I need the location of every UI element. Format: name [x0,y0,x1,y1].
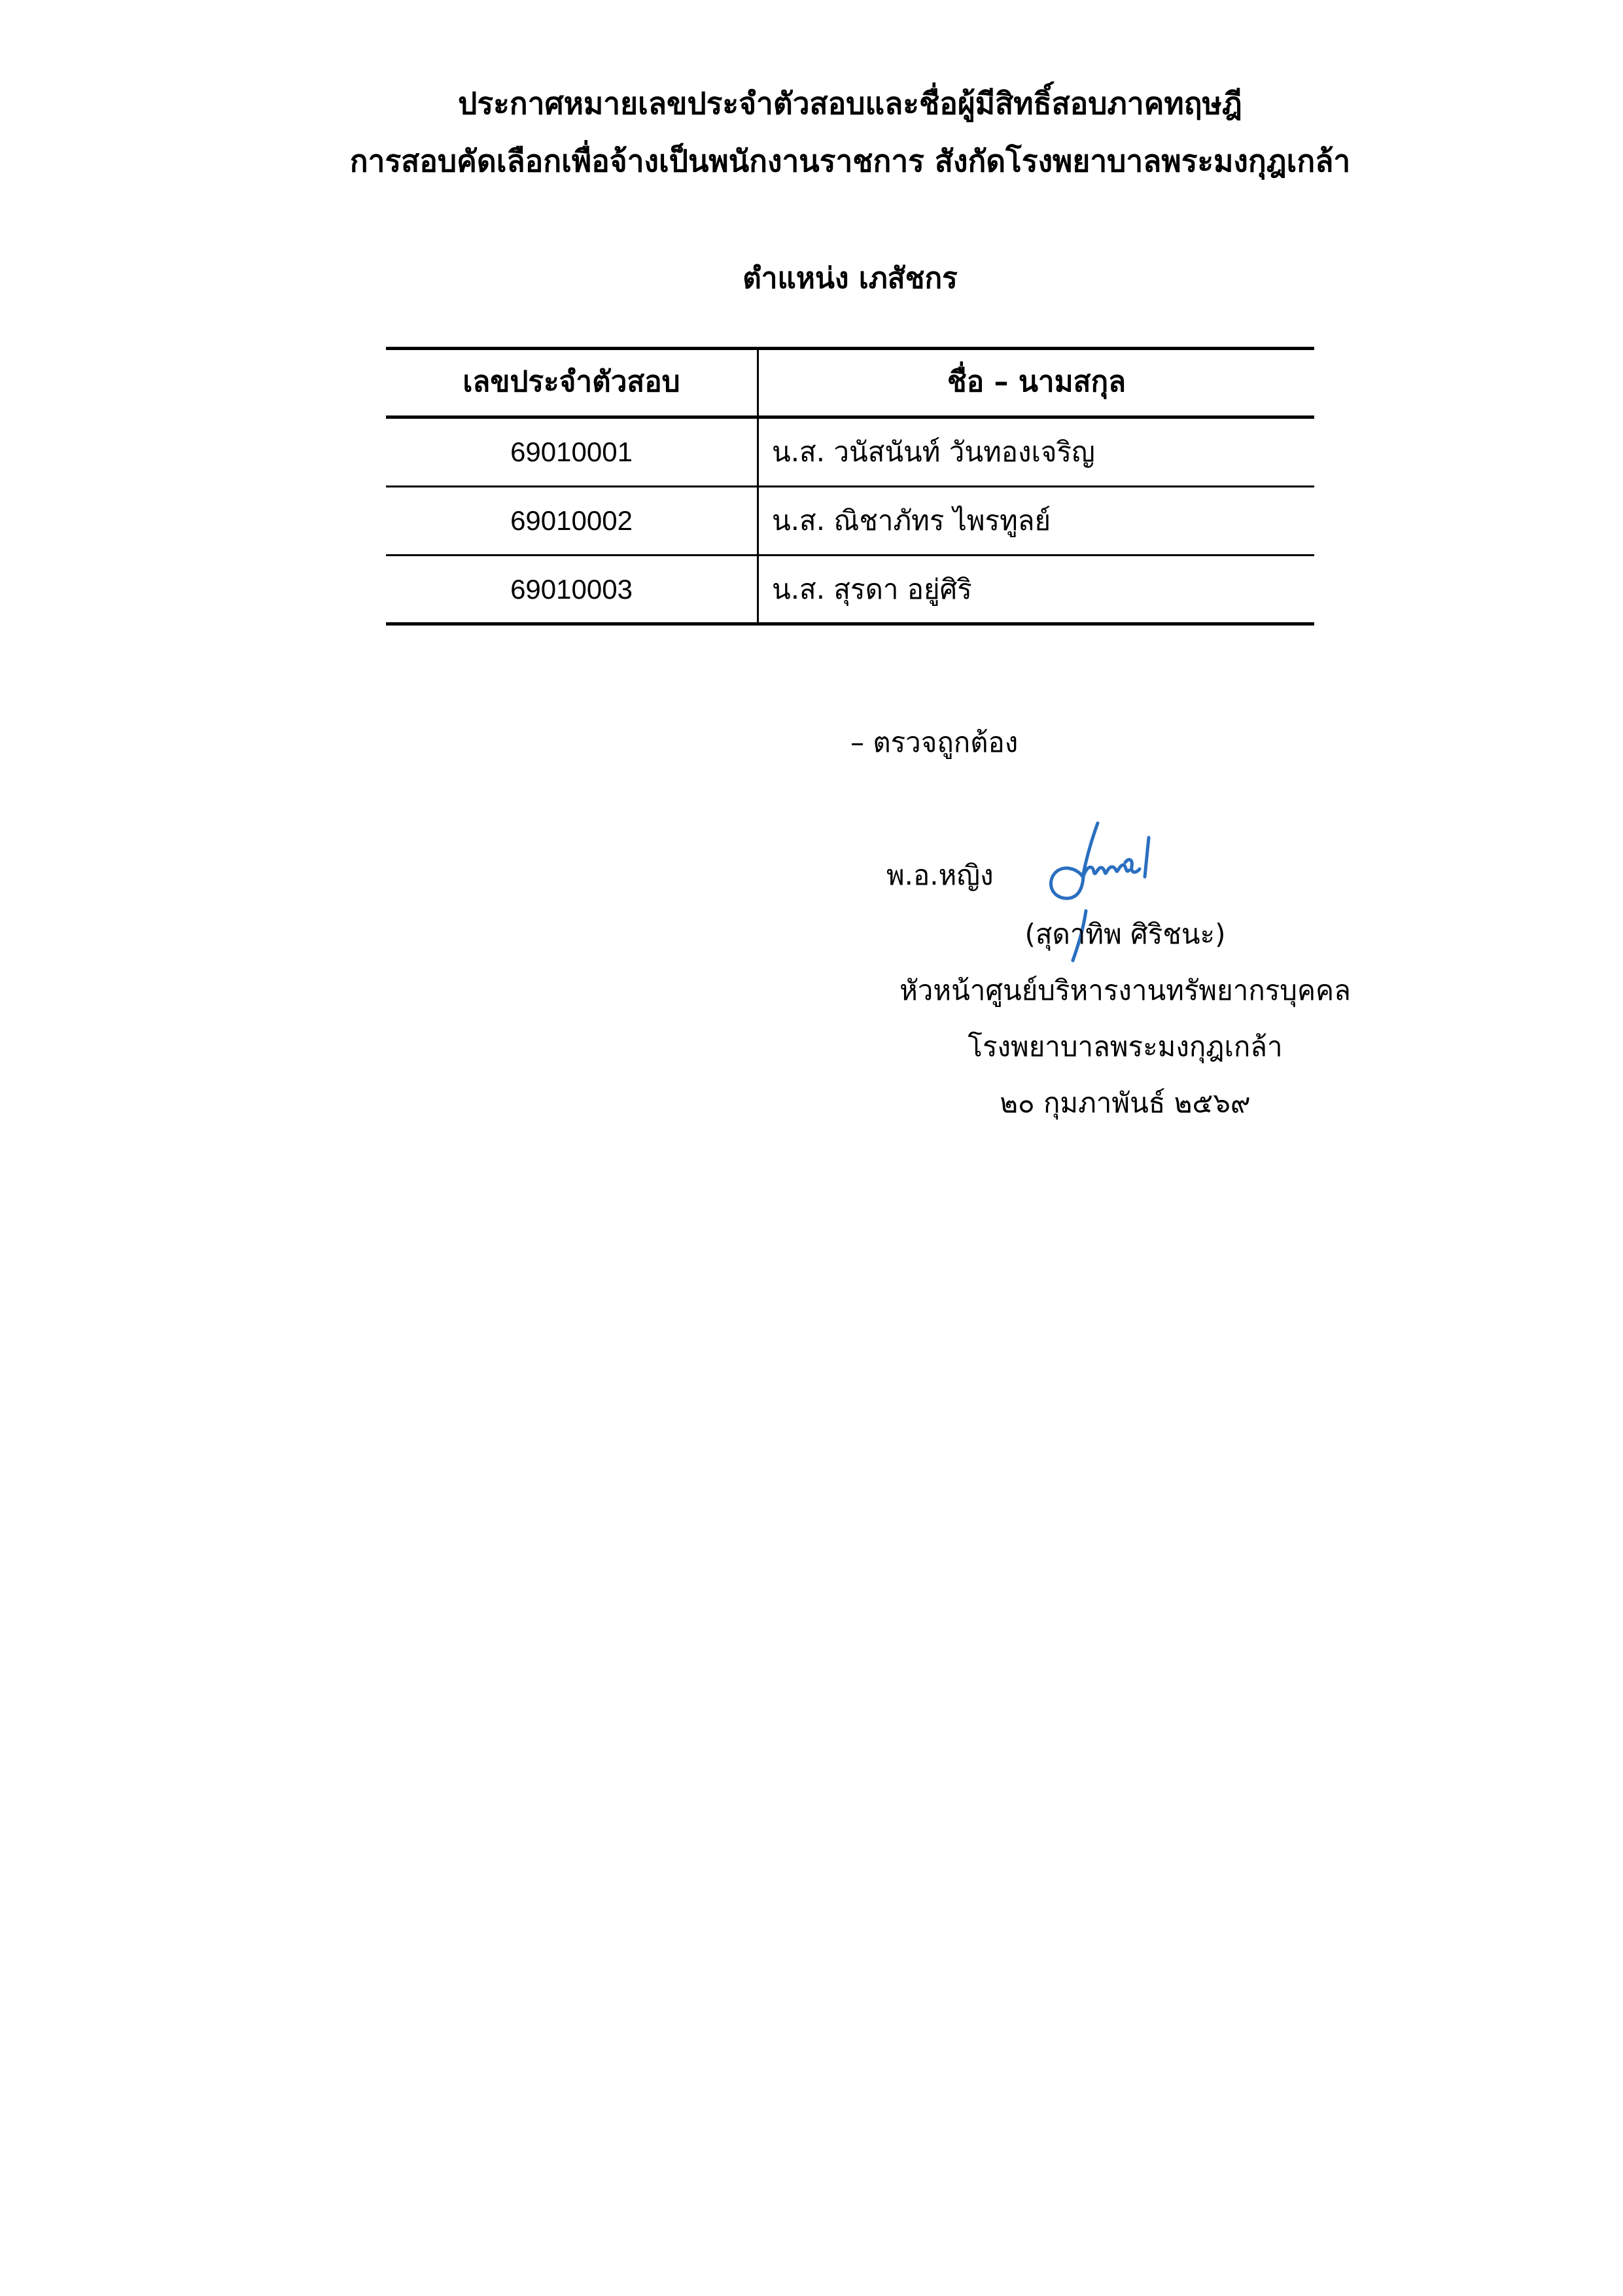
table-row-full-name: น.ส. ณิชาภัทร ไพรทูลย์ [772,501,1051,540]
table-bottom-border [386,622,1314,626]
signer-title: หัวหน้าศูนย์บริหารงานทรัพยากรบุคคล [877,971,1374,1010]
document-title-line-2: การสอบคัดเลือกเพื่อจ้างเป็นพนักงานราชการ… [0,141,1623,181]
header-full-name: ชื่อ – นามสกุล [759,362,1314,402]
document-date: ๒๐ กุมภาพันธ์ ๒๕๖๙ [877,1084,1374,1123]
table-header-border [386,415,1314,419]
document-title-line-1: ประกาศหมายเลขประจำตัวสอบและชื่อผู้มีสิทธ… [0,84,1623,123]
table-row-divider [386,486,1314,487]
table-top-border [386,347,1314,350]
header-exam-id: เลขประจำตัวสอบ [386,362,757,402]
table-row-divider [386,554,1314,556]
organization-name: โรงพยาบาลพระมงกุฎเกล้า [877,1027,1374,1067]
table-row-exam-id: 69010002 [386,501,757,540]
verified-text: – ตรวจถูกต้อง [850,723,1018,762]
signer-name: (สุดาทิพ ศิริชนะ) [877,915,1374,954]
position-heading: ตำแหน่ง เภสัชกร [0,259,1623,298]
table-row-exam-id: 69010001 [386,433,757,472]
signer-rank: พ.อ.หญิง [886,856,994,895]
document-page: ประกาศหมายเลขประจำตัวสอบและชื่อผู้มีสิทธ… [0,0,1623,2296]
table-row-exam-id: 69010003 [386,570,757,609]
table-row-full-name: น.ส. วนัสนันท์ วันทองเจริญ [772,433,1095,472]
table-row-full-name: น.ส. สุรดา อยู่ศิริ [772,570,972,609]
